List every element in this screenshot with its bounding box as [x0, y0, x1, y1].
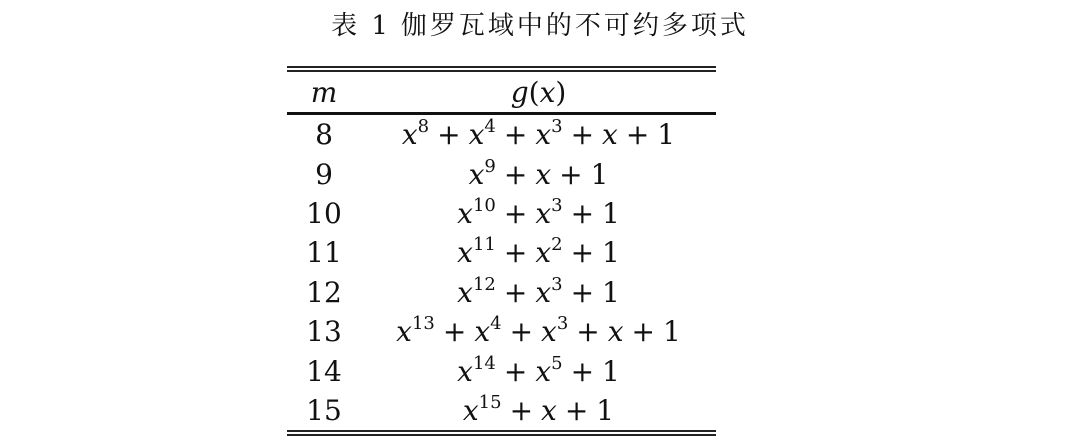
polynomial-cell: x9+x+1 — [361, 154, 716, 193]
polynomial-term: 1 — [663, 315, 681, 348]
exponent: 4 — [484, 116, 495, 137]
polynomial-term: 1 — [591, 158, 609, 191]
polynomial-term: 1 — [657, 118, 675, 151]
header-g: g(x) — [361, 72, 716, 112]
bottom-double-rule — [287, 430, 716, 436]
polynomial-term: x — [602, 118, 618, 151]
header-m: m — [287, 72, 361, 112]
table-row: 8 x8+x4+x3+x+1 — [287, 115, 716, 154]
polynomial-term: 1 — [602, 236, 620, 269]
table-row: 14 x14+x5+1 — [287, 351, 716, 390]
polynomial-term: x5 — [535, 355, 562, 388]
exponent: 15 — [479, 392, 502, 413]
exponent: 12 — [473, 274, 496, 295]
plus-operator: + — [559, 158, 582, 191]
exponent: 10 — [473, 195, 496, 216]
polynomial-cell: x11+x2+1 — [361, 233, 716, 272]
m-cell: 14 — [287, 351, 361, 390]
polynomial-term: 1 — [602, 355, 620, 388]
m-cell: 12 — [287, 273, 361, 312]
polynomial-term: x3 — [535, 197, 562, 230]
polynomial-term: x12 — [457, 276, 496, 309]
plus-operator: + — [632, 315, 655, 348]
plus-operator: + — [576, 315, 599, 348]
polynomial-term: 1 — [602, 276, 620, 309]
exponent: 9 — [484, 156, 495, 177]
caption-label: 表 1 — [331, 11, 391, 41]
plus-operator: + — [571, 276, 594, 309]
polynomial-term: x3 — [535, 276, 562, 309]
polynomial-term: x9 — [469, 158, 496, 191]
polynomial-cell: x13+x4+x3+x+1 — [361, 312, 716, 351]
exponent: 8 — [418, 116, 429, 137]
plus-operator: + — [571, 197, 594, 230]
polynomial-term: 1 — [602, 197, 620, 230]
exponent: 13 — [412, 313, 435, 334]
polynomial-term: x11 — [457, 236, 496, 269]
polynomial-term: x — [608, 315, 624, 348]
polynomial-term: x3 — [541, 315, 568, 348]
plus-operator: + — [565, 394, 588, 427]
polynomial-term: x14 — [457, 355, 496, 388]
m-cell: 11 — [287, 233, 361, 272]
polynomial-term: x3 — [535, 118, 562, 151]
plus-operator: + — [437, 118, 460, 151]
polynomial-cell: x12+x3+1 — [361, 273, 716, 312]
polynomial-cell: x10+x3+1 — [361, 194, 716, 233]
polynomial-term: x10 — [457, 197, 496, 230]
plus-operator: + — [626, 118, 649, 151]
exponent: 2 — [551, 234, 562, 255]
plus-operator: + — [504, 118, 527, 151]
plus-operator: + — [571, 118, 594, 151]
polynomial-term: x15 — [463, 394, 502, 427]
polynomial-term: x — [541, 394, 557, 427]
table-body: 8 x8+x4+x3+x+1 9 x9+x+1 10 x10+x3+1 11 x… — [287, 115, 716, 430]
m-cell: 9 — [287, 154, 361, 193]
table-row: 9 x9+x+1 — [287, 154, 716, 193]
plus-operator: + — [443, 315, 466, 348]
plus-operator: + — [510, 394, 533, 427]
polynomial-cell: x15+x+1 — [361, 391, 716, 430]
plus-operator: + — [571, 355, 594, 388]
exponent: 4 — [490, 313, 501, 334]
table-row: 15 x15+x+1 — [287, 391, 716, 430]
polynomial-term: x4 — [474, 315, 501, 348]
polynomial-term: x2 — [535, 236, 562, 269]
plus-operator: + — [571, 236, 594, 269]
plus-operator: + — [504, 276, 527, 309]
m-cell: 15 — [287, 391, 361, 430]
header-row: m g(x) — [287, 72, 716, 112]
table-caption: 表 1伽罗瓦域中的不可约多项式 — [0, 8, 1080, 44]
polynomial-term: x8 — [402, 118, 429, 151]
polynomial-term: 1 — [596, 394, 614, 427]
m-cell: 10 — [287, 194, 361, 233]
plus-operator: + — [504, 236, 527, 269]
caption-title: 伽罗瓦域中的不可约多项式 — [401, 11, 749, 41]
table-row: 12 x12+x3+1 — [287, 273, 716, 312]
table-row: 13 x13+x4+x3+x+1 — [287, 312, 716, 351]
exponent: 11 — [473, 234, 496, 255]
exponent: 3 — [557, 313, 568, 334]
exponent: 3 — [551, 116, 562, 137]
exponent: 3 — [551, 274, 562, 295]
table-row: 11 x11+x2+1 — [287, 233, 716, 272]
exponent: 14 — [473, 353, 496, 374]
m-cell: 13 — [287, 312, 361, 351]
polynomial-term: x13 — [396, 315, 435, 348]
polynomial-table: m g(x) 8 x8+x4+x3+x+1 9 x9+x+1 10 x10+x3… — [287, 66, 716, 436]
polynomial-term: x — [535, 158, 551, 191]
plus-operator: + — [504, 355, 527, 388]
plus-operator: + — [510, 315, 533, 348]
table-row: 10 x10+x3+1 — [287, 194, 716, 233]
polynomial-cell: x8+x4+x3+x+1 — [361, 115, 716, 154]
plus-operator: + — [504, 197, 527, 230]
table: m g(x) — [287, 72, 716, 112]
exponent: 3 — [551, 195, 562, 216]
polynomial-cell: x14+x5+1 — [361, 351, 716, 390]
exponent: 5 — [551, 353, 562, 374]
plus-operator: + — [504, 158, 527, 191]
m-cell: 8 — [287, 115, 361, 154]
polynomial-term: x4 — [469, 118, 496, 151]
